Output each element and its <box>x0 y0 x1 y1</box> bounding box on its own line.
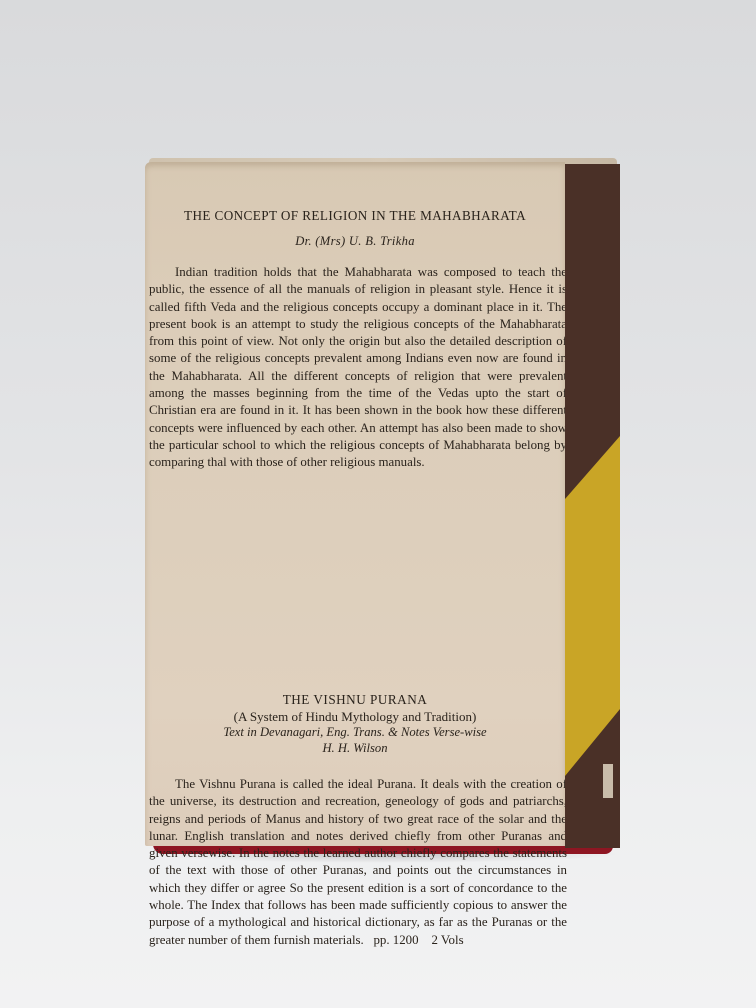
book2-pages: pp. 1200 <box>373 933 418 947</box>
book1-title: THE CONCEPT OF RELIGION IN THE MAHABHARA… <box>145 208 565 224</box>
book2-author: H. H. Wilson <box>145 741 565 756</box>
spine-stripes <box>565 164 620 848</box>
book1-description: Indian tradition holds that the Mahabhar… <box>149 264 567 472</box>
book2-title: THE VISHNU PURANA <box>145 692 565 708</box>
back-cover: THE CONCEPT OF RELIGION IN THE MAHABHARA… <box>145 162 565 846</box>
book2-description-block: The Vishnu Purana is called the ideal Pu… <box>149 762 567 949</box>
book2-volumes: 2 Vols <box>431 933 463 947</box>
book: THE CONCEPT OF RELIGION IN THE MAHABHARA… <box>145 162 620 846</box>
book2-edition-note: Text in Devanagari, Eng. Trans. & Notes … <box>145 725 565 740</box>
book2-subtitle: (A System of Hindu Mythology and Traditi… <box>145 709 565 725</box>
book1-description-block: Indian tradition holds that the Mahabhar… <box>149 246 567 472</box>
spine-flap <box>565 164 620 848</box>
book2-description: The Vishnu Purana is called the ideal Pu… <box>149 777 567 947</box>
